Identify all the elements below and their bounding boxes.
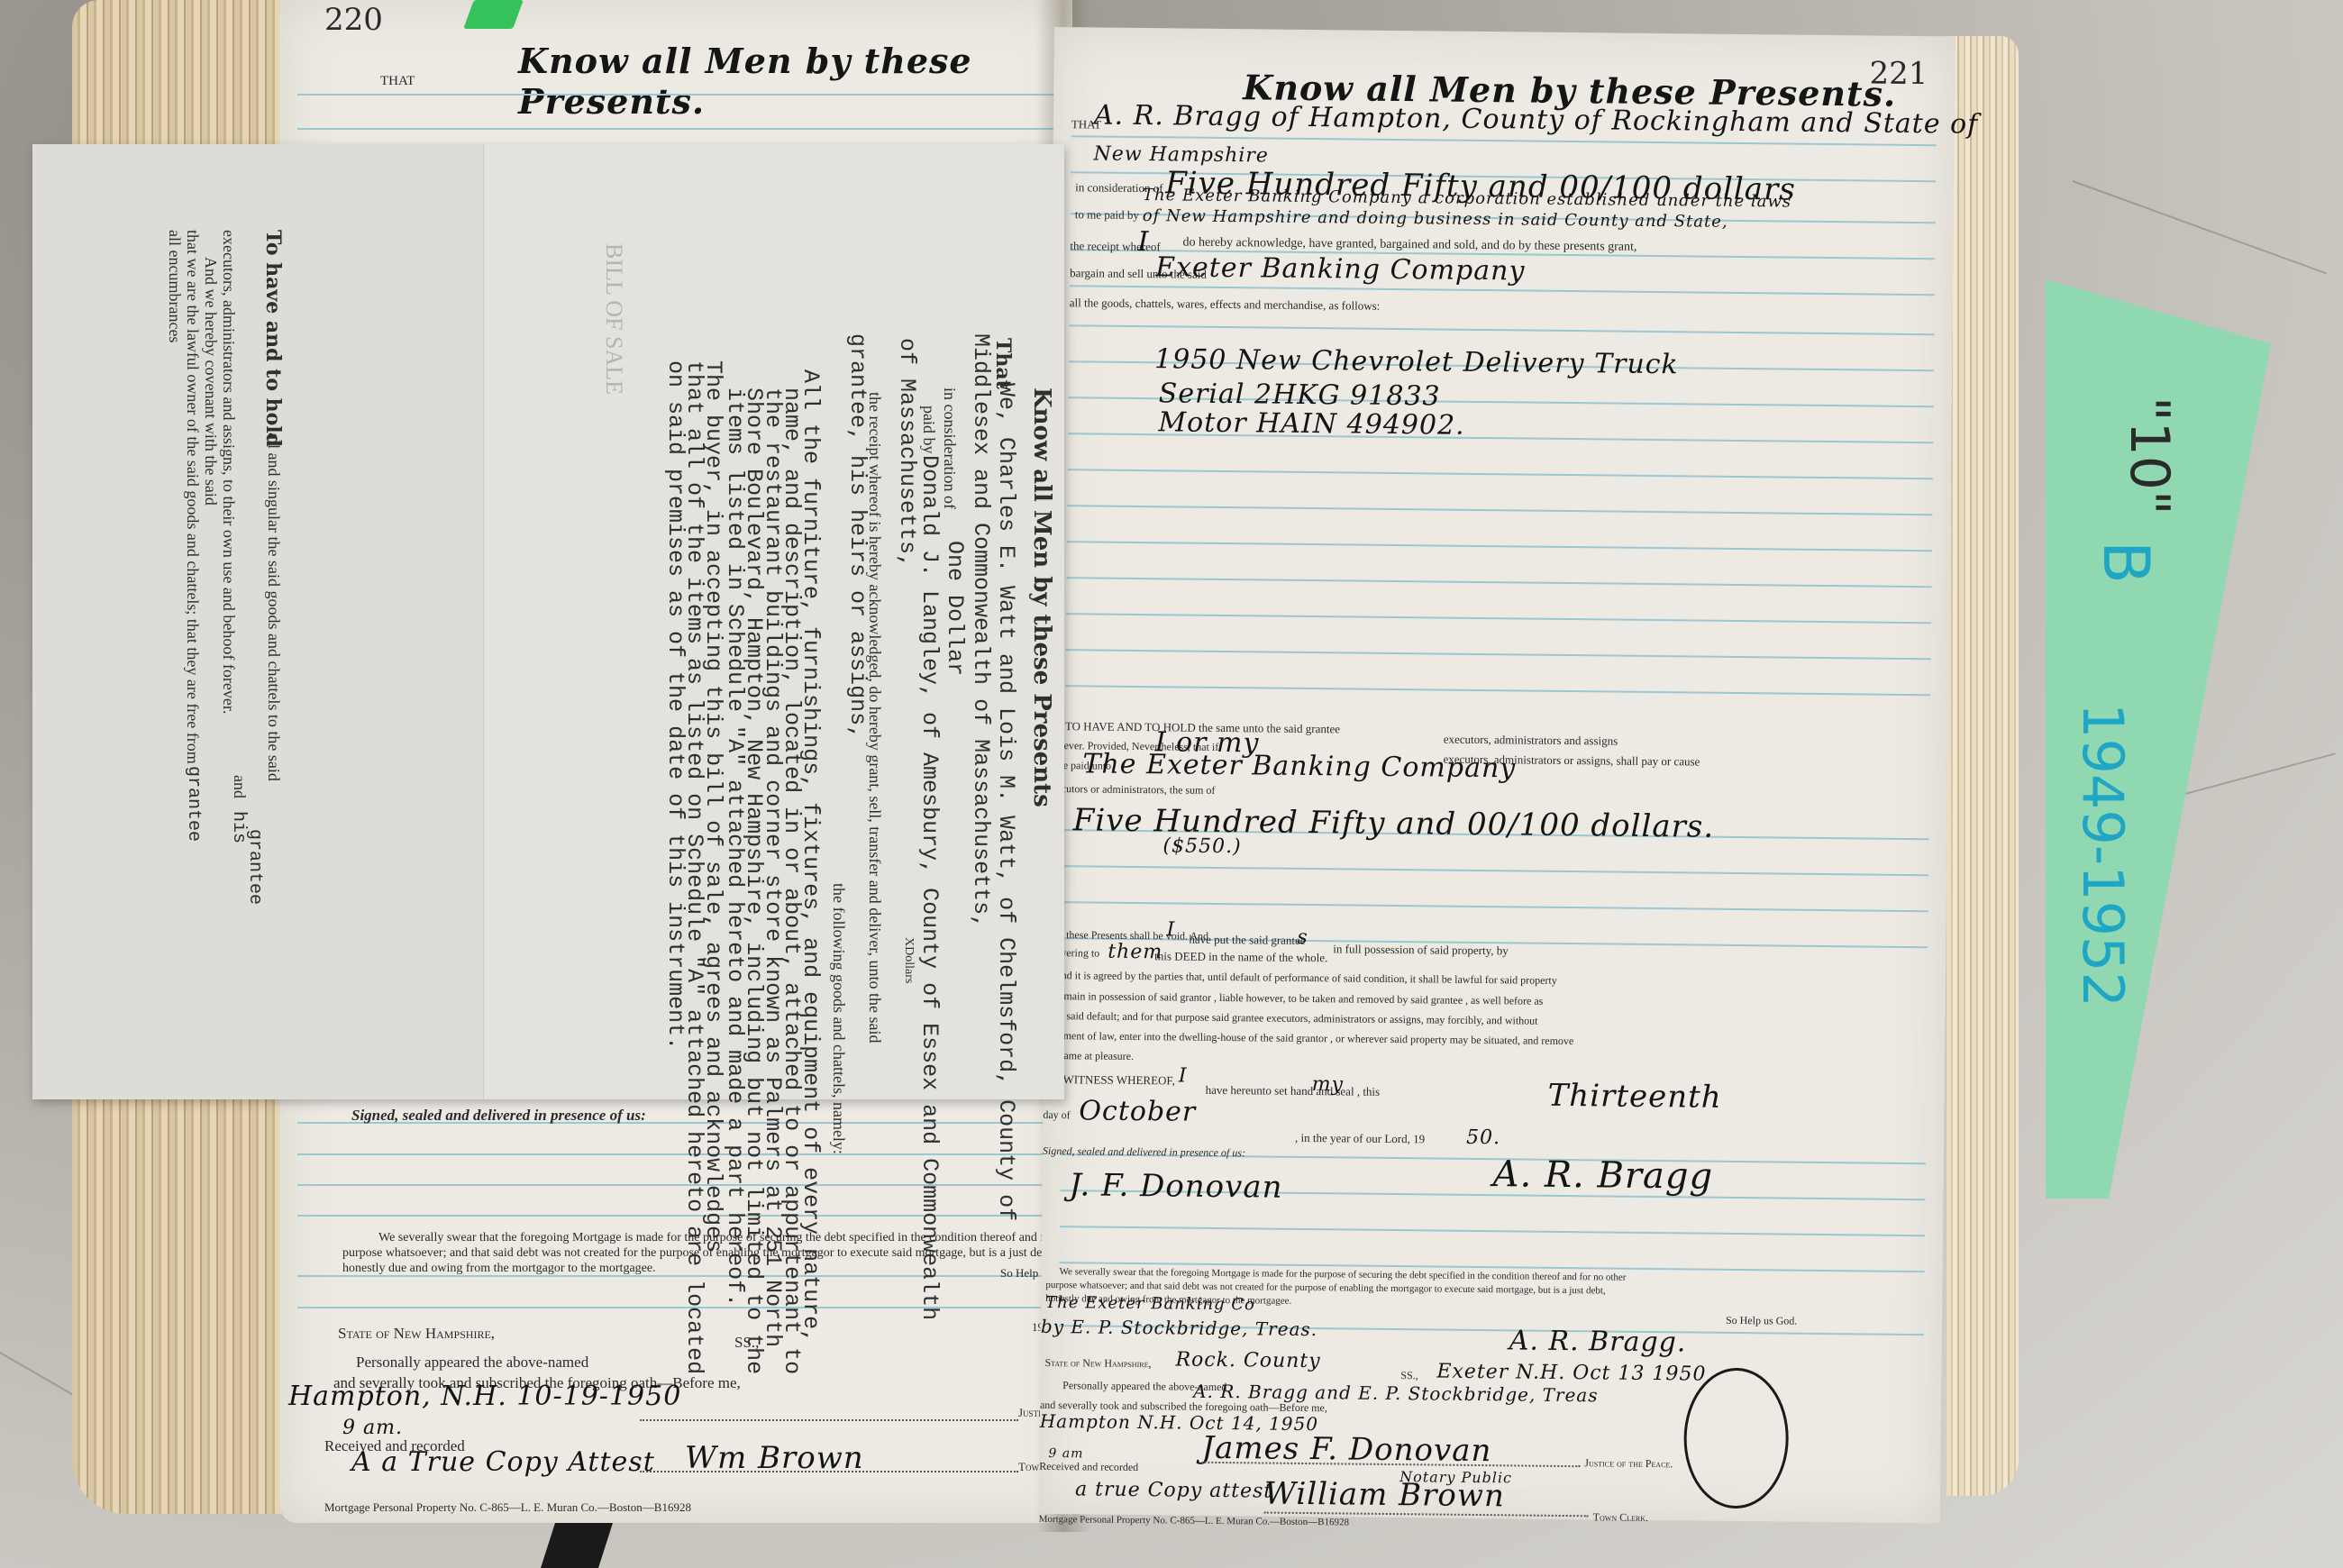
handwritten-place-date: Hampton, N.H. 10-19-1950: [288, 1381, 681, 1412]
paid-by-label: paid by: [919, 406, 938, 454]
marble-vein: [2073, 180, 2328, 274]
put-grantee-label: have put the said grantee: [1189, 933, 1305, 948]
grantee-name: Exeter Banking Company: [1155, 251, 1526, 287]
item-vehicle: 1950 New Chevrolet Delivery Truck: [1154, 343, 1679, 380]
struck-word: XDollars: [901, 937, 916, 983]
item-motor: Motor HAIN 494902.: [1158, 406, 1465, 442]
form-footer: Mortgage Personal Property No. C-865—L. …: [324, 1500, 691, 1515]
page-edges-right: [1946, 36, 2019, 1496]
body2-line-3: on said premises as of the date of this …: [662, 360, 688, 1050]
page-heading: Know all Men by these Presents.: [518, 41, 1072, 122]
insert-line-1: We, Charles E. Watt and Lois M. Watt, of…: [993, 383, 1019, 1221]
state-label: State of New Hampshire,: [338, 1325, 495, 1343]
ledger-page-221: 221 Know all Men by these Presents. THAT…: [1039, 27, 1956, 1523]
recorded-time: 9 am: [1048, 1446, 1083, 1461]
green-paper-clip: [463, 0, 524, 29]
paid-by-value: Donald J. Langley, of Amesbury, County o…: [916, 455, 943, 1320]
inserted-bill-of-sale: Know all Men by these Presents That We, …: [32, 144, 1064, 1099]
oath-line-3: honestly due and owing from the mortgago…: [342, 1262, 656, 1276]
witness-label: IN WITNESS WHEREOF,: [1048, 1072, 1175, 1088]
year-suffix: 50.: [1466, 1126, 1500, 1149]
executors-sum-label: executors or administrators, the sum of: [1046, 782, 1215, 798]
clerk-signature: William Brown: [1264, 1476, 1505, 1515]
witness-mark: I: [1179, 1065, 1188, 1088]
insert-that: That: [991, 338, 1015, 389]
month-written: October: [1079, 1095, 1196, 1127]
remain-clause: to remain in possession of said grantor …: [1044, 989, 1544, 1008]
grantor-signature: A. R. Bragg: [1492, 1153, 1713, 1198]
and-mark: I: [1166, 918, 1175, 941]
paid-by-label: to me paid by: [1075, 207, 1139, 223]
covenant-grantee: grantee: [183, 766, 204, 842]
oath-treasurer: by E. P. Stockbridge, Treas.: [1041, 1316, 1317, 1340]
sum-figure: ($550.): [1162, 834, 1241, 858]
to-be-paid-tail: executors, administrators or assigns, sh…: [1443, 752, 1700, 770]
day-written: Thirteenth: [1547, 1078, 1721, 1116]
received-label: Received and recorded: [1039, 1460, 1138, 1474]
following-label: the following goods and chattels, namely…: [829, 883, 848, 1154]
insert-heading: Know all Men by these Presents: [1028, 387, 1055, 807]
state-label: State of New Hampshire,: [1044, 1356, 1151, 1371]
tab-years: 1949-1952: [2070, 703, 2136, 1007]
notary-seal-stamp: [1683, 1367, 1790, 1509]
attest-written: a true Copy attest: [1075, 1478, 1272, 1502]
judgment-clause: judgment of law, enter into the dwelling…: [1044, 1029, 1573, 1048]
to-have-line-2: executors, administrators and assigns, t…: [219, 230, 238, 714]
grantee-line: grantee, his heirs or assigns,: [844, 333, 871, 739]
set-my: my: [1312, 1073, 1345, 1096]
year-lord-label: , in the year of our Lord, 19: [1295, 1131, 1425, 1147]
deed-label: this DEED in the name of the whole.: [1154, 949, 1327, 965]
hand-seal-label: have hereunto set hand and seal , this: [1206, 1083, 1381, 1099]
ss-place-date: Exeter N.H. Oct 13 1950: [1436, 1361, 1706, 1386]
covenant-line-1: And we hereby covenant with the said: [201, 257, 220, 506]
signed-sealed-label: Signed, sealed and delivered in presence…: [351, 1107, 646, 1125]
to-have-his: his: [228, 811, 249, 843]
grantor-state: New Hampshire: [1093, 142, 1269, 167]
signed-sealed-label: Signed, sealed and delivered in presence…: [1043, 1144, 1245, 1160]
so-help-label: So Help us God.: [1726, 1314, 1797, 1328]
receipt-mark: I: [1137, 226, 1149, 258]
tab-number: "10": [2118, 397, 2181, 515]
oath-company: The Exeter Banking Co: [1045, 1293, 1255, 1314]
to-have-heading: To have and to hold: [261, 230, 285, 447]
page-number: 220: [324, 2, 383, 38]
to-have-tail: executors, administrators and assigns: [1444, 733, 1618, 749]
paid-by-value-2: of Massachusetts,: [894, 338, 920, 568]
goods-label: all the goods, chattels, wares, effects …: [1070, 296, 1381, 314]
handwritten-time: 9 am.: [342, 1417, 403, 1439]
county-written: Rock. County: [1175, 1348, 1320, 1372]
possession-label: in full possession of said property, by: [1333, 942, 1509, 958]
covenant-line-2: that we are the lawful owner of the said…: [183, 230, 202, 764]
insert-line-2: Middlesex and Commonwealth of Massachuse…: [968, 333, 994, 928]
agreed-clause: And it is agreed by the parties that, un…: [1053, 969, 1557, 988]
tab-letter: B: [2089, 541, 2163, 584]
to-have-line-1: all and singular the said goods and chat…: [264, 433, 283, 781]
handwritten-attest: A a True Copy Attest: [351, 1446, 655, 1478]
consideration-value: One Dollar: [942, 541, 968, 676]
oath-signature: A. R. Bragg.: [1509, 1325, 1687, 1358]
day-of-label: day of: [1043, 1108, 1070, 1122]
grantee-plural: s: [1297, 926, 1308, 949]
consideration-label: in consideration of: [940, 387, 959, 509]
folded-flap: [32, 144, 484, 1099]
covenant-line-3: all encumbrances: [165, 230, 184, 342]
faded-bill-of-sale-title: BILL OF SALE: [600, 243, 627, 395]
ss-label: SS.,: [1400, 1369, 1418, 1382]
that-label: THAT: [380, 74, 415, 89]
to-have-and: and: [230, 775, 249, 798]
paid-by-line-2: of New Hampshire and doing business in s…: [1143, 206, 1728, 232]
town-clerk-label: Town Clerk.: [1593, 1510, 1648, 1525]
after-default-clause: after said default; and for that purpose…: [1044, 1009, 1537, 1028]
witness-signature: J. F. Donovan: [1069, 1167, 1282, 1205]
justice-label: Justice of the Peace.: [1584, 1456, 1673, 1471]
binder-clip: [541, 1523, 613, 1568]
appeared-label: Personally appeared the above-named: [356, 1354, 588, 1372]
